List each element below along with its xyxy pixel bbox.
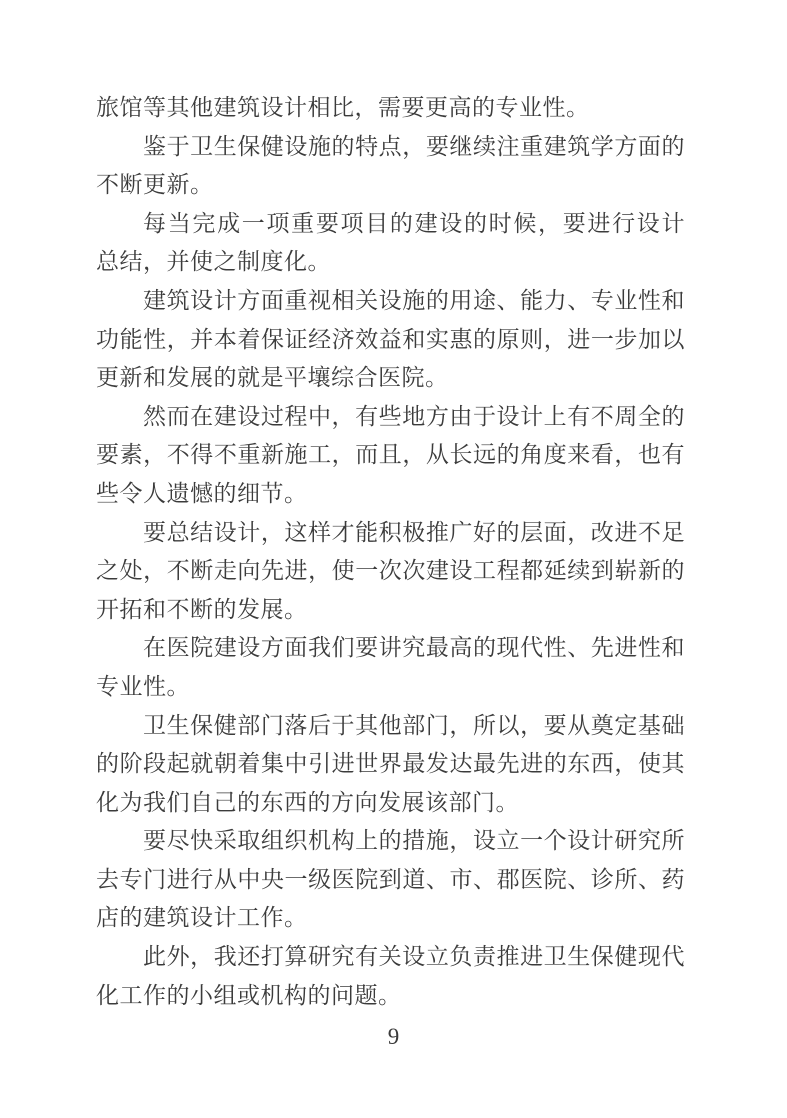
text-line: 每当完成一项重要项目的建设的时候，要进行设计 (96, 205, 685, 244)
text-line: 总结，并使之制度化。 (96, 243, 685, 282)
text-line: 化工作的小组或机构的问题。 (96, 977, 685, 1016)
paragraph: 在医院建设方面我们要讲究最高的现代性、先进性和专业性。 (96, 629, 685, 706)
text-line: 去专门进行从中央一级医院到道、市、郡医院、诊所、药 (96, 861, 685, 900)
page-number: 9 (0, 1022, 787, 1052)
paragraph: 此外，我还打算研究有关设立负责推进卫生保健现代化工作的小组或机构的问题。 (96, 938, 685, 1015)
text-line: 旅馆等其他建筑设计相比，需要更高的专业性。 (96, 89, 685, 128)
text-line: 些令人遗憾的细节。 (96, 475, 685, 514)
text-line: 化为我们自己的东西的方向发展该部门。 (96, 784, 685, 823)
body-text: 旅馆等其他建筑设计相比，需要更高的专业性。鉴于卫生保健设施的特点，要继续注重建筑… (96, 89, 685, 1015)
text-line: 更新和发展的就是平壤综合医院。 (96, 359, 685, 398)
paragraph: 然而在建设过程中，有些地方由于设计上有不周全的要素，不得不重新施工，而且，从长远… (96, 398, 685, 514)
text-line: 功能性，并本着保证经济效益和实惠的原则，进一步加以 (96, 321, 685, 360)
paragraph: 旅馆等其他建筑设计相比，需要更高的专业性。 (96, 89, 685, 128)
text-line: 在医院建设方面我们要讲究最高的现代性、先进性和 (96, 629, 685, 668)
text-line: 卫生保健部门落后于其他部门，所以，要从奠定基础 (96, 707, 685, 746)
text-line: 此外，我还打算研究有关设立负责推进卫生保健现代 (96, 938, 685, 977)
text-line: 要总结设计，这样才能积极推广好的层面，改进不足 (96, 514, 685, 553)
paragraph: 要总结设计，这样才能积极推广好的层面，改进不足之处，不断走向先进，使一次次建设工… (96, 514, 685, 630)
text-line: 之处，不断走向先进，使一次次建设工程都延续到崭新的 (96, 552, 685, 591)
text-line: 要素，不得不重新施工，而且，从长远的角度来看，也有 (96, 436, 685, 475)
text-line: 的阶段起就朝着集中引进世界最发达最先进的东西，使其 (96, 745, 685, 784)
text-line: 不断更新。 (96, 166, 685, 205)
text-line: 要尽快采取组织机构上的措施，设立一个设计研究所 (96, 822, 685, 861)
text-line: 店的建筑设计工作。 (96, 899, 685, 938)
paragraph: 要尽快采取组织机构上的措施，设立一个设计研究所去专门进行从中央一级医院到道、市、… (96, 822, 685, 938)
text-line: 开拓和不断的发展。 (96, 591, 685, 630)
paragraph: 鉴于卫生保健设施的特点，要继续注重建筑学方面的不断更新。 (96, 128, 685, 205)
paragraph: 卫生保健部门落后于其他部门，所以，要从奠定基础的阶段起就朝着集中引进世界最发达最… (96, 707, 685, 823)
document-page: 旅馆等其他建筑设计相比，需要更高的专业性。鉴于卫生保健设施的特点，要继续注重建筑… (0, 0, 787, 1118)
text-line: 专业性。 (96, 668, 685, 707)
text-line: 建筑设计方面重视相关设施的用途、能力、专业性和 (96, 282, 685, 321)
paragraph: 每当完成一项重要项目的建设的时候，要进行设计总结，并使之制度化。 (96, 205, 685, 282)
text-line: 鉴于卫生保健设施的特点，要继续注重建筑学方面的 (96, 128, 685, 167)
text-line: 然而在建设过程中，有些地方由于设计上有不周全的 (96, 398, 685, 437)
paragraph: 建筑设计方面重视相关设施的用途、能力、专业性和功能性，并本着保证经济效益和实惠的… (96, 282, 685, 398)
